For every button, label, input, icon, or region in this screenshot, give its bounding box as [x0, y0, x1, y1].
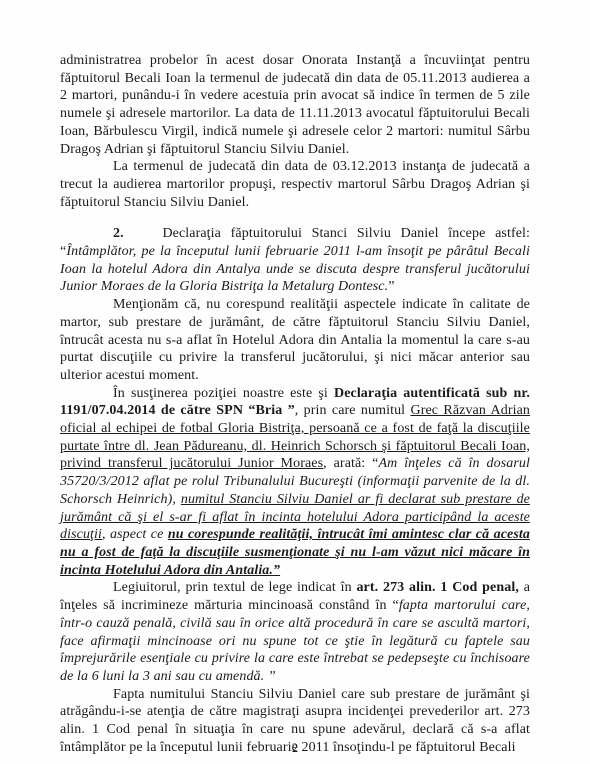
paragraph: În susţinerea poziţiei noastre este şi D… [60, 385, 530, 580]
text-run: ” [388, 279, 394, 294]
text-run: art. 273 alin. 1 Cod penal, [356, 580, 519, 595]
document-page: administratrea probelor în acest dosar O… [0, 0, 590, 764]
paragraph: 2. Declaraţia făptuitorului Stanci Silvi… [60, 225, 530, 296]
paragraph: administratrea probelor în acest dosar O… [60, 52, 530, 158]
text-run: Legiuitorul, prin textul de lege indicat… [113, 580, 356, 595]
paragraph: La termenul de judecată din data de 03.1… [60, 158, 530, 211]
text-run: Întâmplător, pe la începutul lunii febru… [60, 244, 530, 294]
text-run: administratrea probelor în acest dosar O… [60, 53, 530, 157]
text-run: În susţinerea poziţiei noastre este şi [113, 386, 334, 401]
text-run: , aspect ce [102, 527, 168, 542]
paragraph: Menţionăm că, nu corespund realităţii as… [60, 296, 530, 385]
page-number: 2 [0, 741, 590, 756]
text-run: , prin care numitul [295, 403, 411, 418]
text-run: 2. [113, 226, 124, 241]
document-body: administratrea probelor în acest dosar O… [60, 52, 530, 756]
text-run: Menţionăm că, nu corespund realităţii as… [60, 297, 530, 383]
paragraph: Legiuitorul, prin textul de lege indicat… [60, 579, 530, 685]
text-run: , arată: “ [323, 456, 378, 471]
text-run: La termenul de judecată din data de 03.1… [60, 159, 530, 209]
